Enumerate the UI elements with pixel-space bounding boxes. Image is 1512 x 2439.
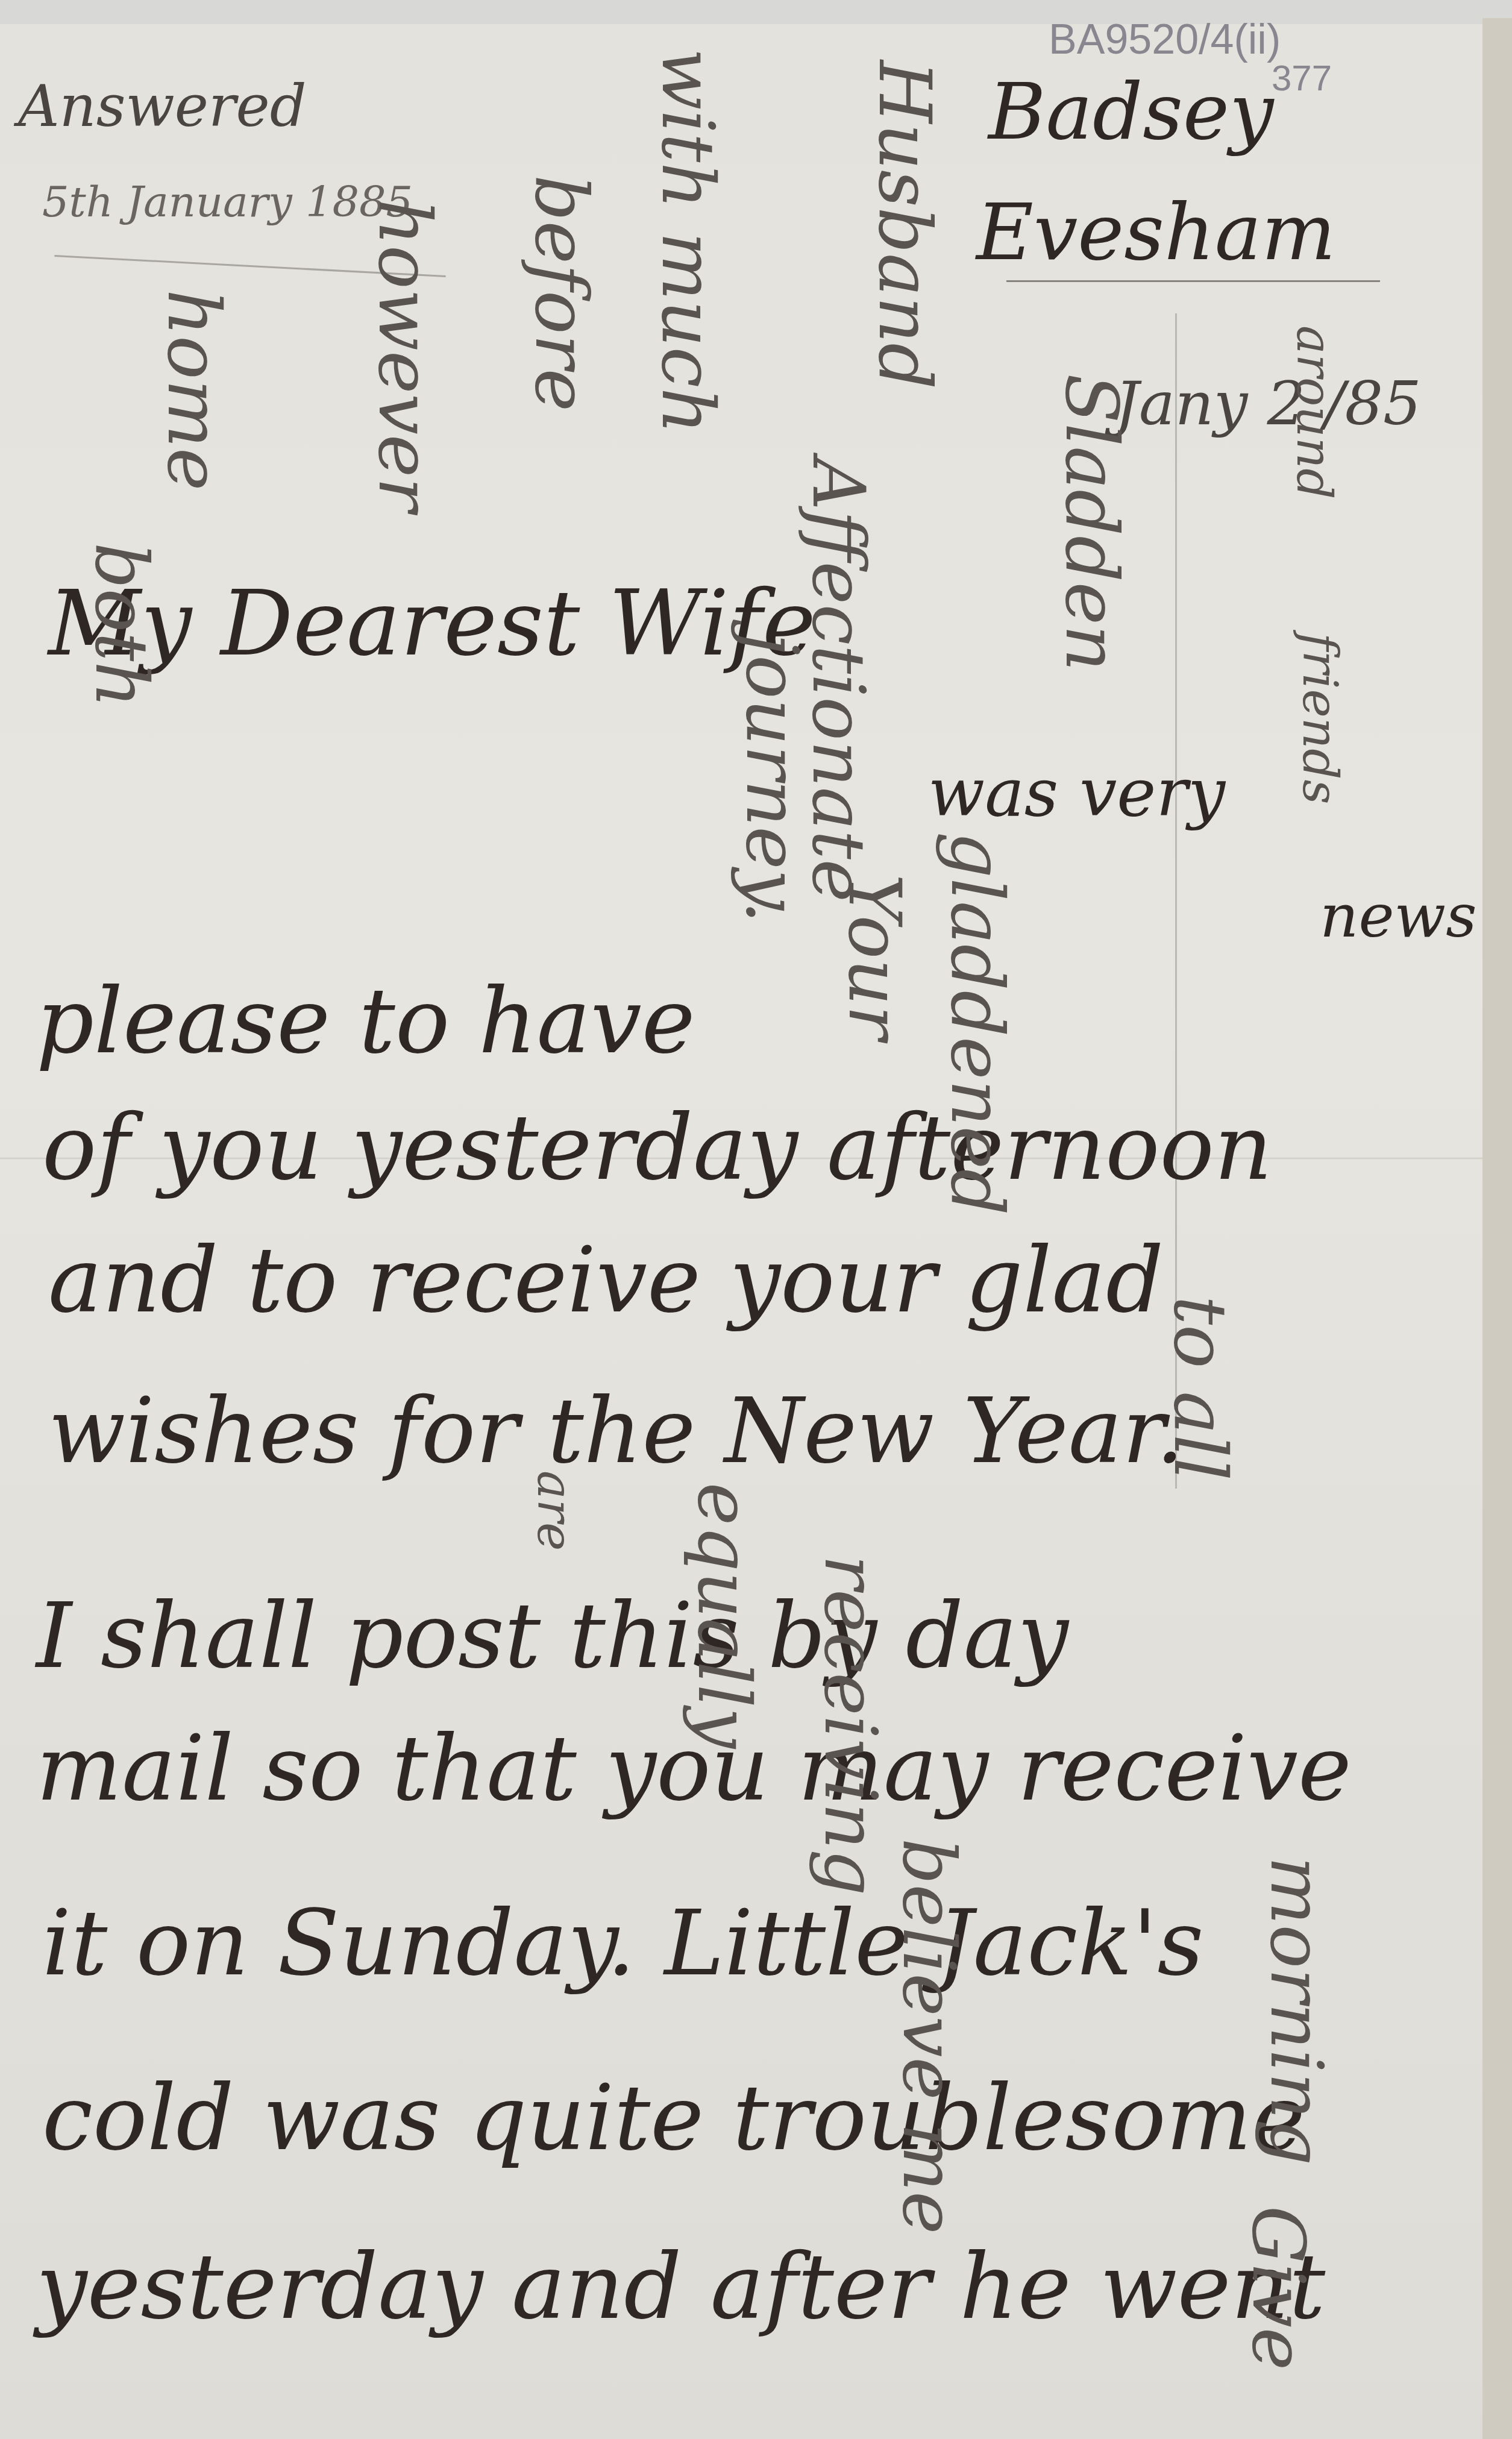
cross-word-both: both: [84, 542, 157, 708]
body-line-5: wishes for the New Year.: [48, 1386, 1184, 1477]
body-line-2: please to have: [36, 976, 695, 1067]
cross-word-your: Your: [838, 874, 910, 1040]
cross-word-journey: journey.: [735, 633, 808, 923]
cross-word-husband: Husband: [868, 60, 940, 389]
cross-word-to-all: to all: [1163, 1296, 1235, 1481]
address-line-2: Evesham: [976, 193, 1336, 271]
cross-word-around: around: [1290, 325, 1338, 499]
archive-folio-number: 377: [1272, 60, 1332, 96]
cross-word-believe-me: believe me: [892, 1838, 964, 2234]
cross-word-however: however: [368, 199, 440, 512]
cross-word-with-much: with much: [651, 48, 723, 434]
cross-word-give: Give: [1241, 2206, 1314, 2370]
archive-reference: BA9520/4(ii): [1049, 18, 1281, 60]
cross-word-sladden: Sladden: [1055, 374, 1127, 671]
cross-word-morning: morning: [1259, 1856, 1332, 2165]
body-line-8: it on Sunday. Little Jack's: [42, 1898, 1203, 1989]
page-edge-shadow: [1482, 18, 1512, 2439]
address-line-1: Badsey: [988, 72, 1273, 151]
body-line-1: My Dearest Wife: [48, 579, 816, 669]
letter-date: Jany 2 /85: [1115, 374, 1422, 434]
body-line-3: of you yesterday afternoon: [42, 1103, 1272, 1193]
address-underline: [1006, 280, 1380, 282]
cross-word-are: are: [530, 1471, 579, 1551]
docket-answered: Answered: [18, 78, 307, 136]
body-line-9: cold was quite troublesome: [42, 2073, 1305, 2164]
body-line-6: I shall post this by day: [36, 1591, 1068, 1681]
cross-word-home: home: [157, 289, 229, 491]
body-line-10: yesterday and after he went: [36, 2242, 1325, 2332]
cross-word-friends: friends: [1296, 633, 1344, 805]
cross-word-gladdened: gladdened: [940, 832, 1012, 1216]
word-was-very: was very: [928, 759, 1225, 826]
docket-date: 5th January 1885: [42, 181, 413, 223]
word-news: news: [1320, 886, 1477, 946]
body-line-4: and to receive your glad: [48, 1235, 1164, 1326]
cross-word-equally: equally: [687, 1483, 759, 1748]
cross-word-before: before: [524, 175, 597, 412]
cross-word-receiving: receiving: [814, 1555, 886, 1895]
